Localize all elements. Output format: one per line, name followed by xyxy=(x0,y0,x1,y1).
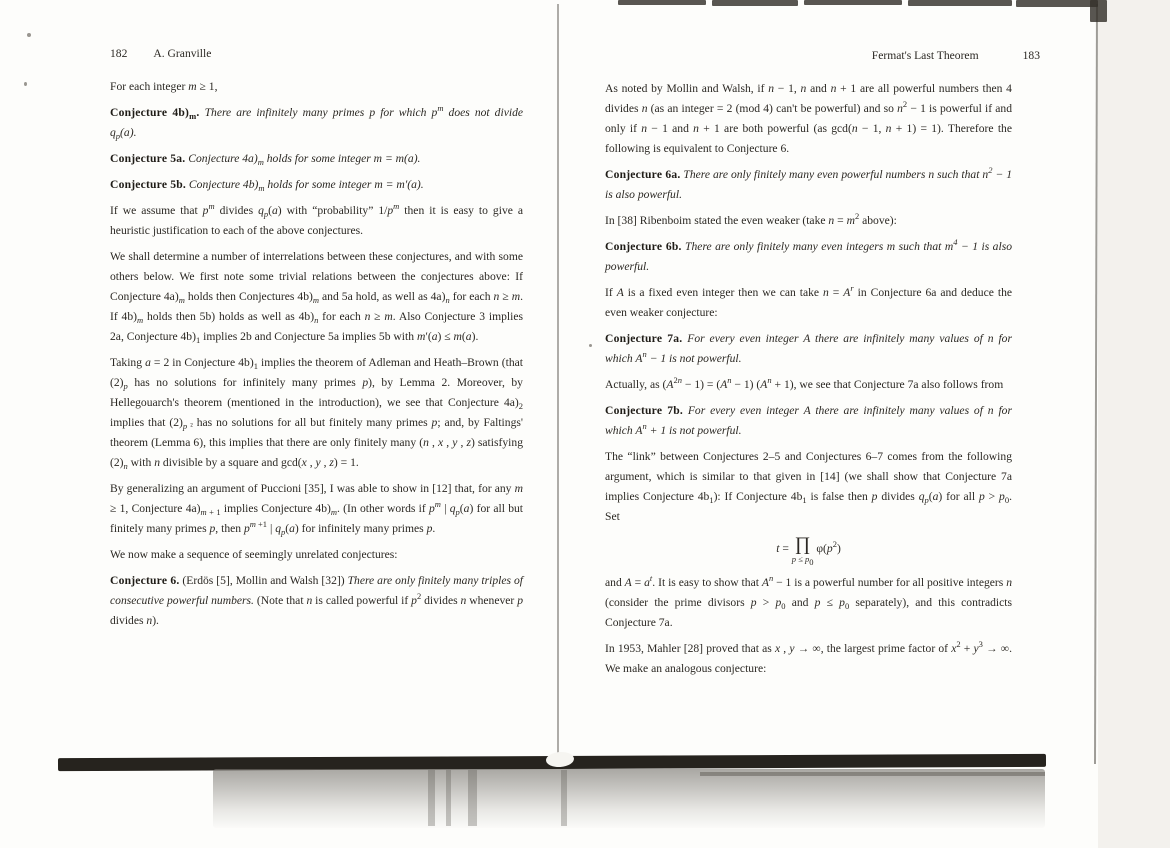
scan-streak xyxy=(561,770,567,826)
right-page-number: 183 xyxy=(1023,46,1040,66)
scan-smear-top xyxy=(712,0,798,6)
paragraph: In 1953, Mahler [28] proved that as x , … xyxy=(605,639,1012,679)
right-running-title: Fermat's Last Theorem xyxy=(872,46,979,66)
scan-smear-top xyxy=(908,0,1012,6)
scan-speck xyxy=(24,82,27,86)
paragraph: We now make a sequence of seemingly unre… xyxy=(110,545,523,565)
scan-smear-top xyxy=(618,0,706,5)
right-page: Fermat's Last Theorem 183 As noted by Mo… xyxy=(605,46,1040,685)
paragraph: In [38] Ribenboim stated the even weaker… xyxy=(605,211,1012,231)
paragraph: If we assume that pm divides qp(a) with … xyxy=(110,201,523,241)
paragraph: Actually, as (A2n − 1) = (An − 1) (An + … xyxy=(605,375,1012,395)
paragraph: Conjecture 7b. For every even integer A … xyxy=(605,401,1012,441)
paragraph: For each integer m ≥ 1, xyxy=(110,77,523,97)
scan-smear-top xyxy=(1016,0,1098,7)
scan-streak xyxy=(468,770,477,826)
left-page-content: For each integer m ≥ 1,Conjecture 4b)m. … xyxy=(110,77,523,631)
paragraph: We shall determine a number of interrela… xyxy=(110,247,523,347)
left-page: 182 A. Granville For each integer m ≥ 1,… xyxy=(110,44,523,637)
paragraph: As noted by Mollin and Walsh, if n − 1, … xyxy=(605,79,1012,159)
scan-speck xyxy=(589,344,592,347)
scan-smear-corner xyxy=(1090,0,1107,22)
scan-smear-top xyxy=(804,0,902,5)
paragraph: Conjecture 5b. Conjecture 4b)m holds for… xyxy=(110,175,523,195)
left-running-head: 182 A. Granville xyxy=(110,44,523,64)
paragraph: Conjecture 6. (Erdös [5], Mollin and Wal… xyxy=(110,571,523,631)
scan-speck xyxy=(27,33,31,37)
paragraph: t = ∏p ≤ p0 φ(p2) xyxy=(605,535,1012,564)
scanned-book-spread: 182 A. Granville For each integer m ≥ 1,… xyxy=(0,0,1170,848)
paragraph: Conjecture 6a. There are only finitely m… xyxy=(605,165,1012,205)
scanner-background-strip xyxy=(1098,0,1170,848)
paragraph: Conjecture 7a. For every even integer A … xyxy=(605,329,1012,369)
right-running-head: Fermat's Last Theorem 183 xyxy=(605,46,1040,66)
paragraph: Conjecture 5a. Conjecture 4a)m holds for… xyxy=(110,149,523,169)
paragraph: By generalizing an argument of Puccioni … xyxy=(110,479,523,539)
paragraph: Taking a = 2 in Conjecture 4b)1 implies … xyxy=(110,353,523,473)
paragraph: Conjecture 4b)m. There are infinitely ma… xyxy=(110,103,523,143)
scanner-smudge xyxy=(213,769,1045,828)
page-gutter-line xyxy=(557,4,559,754)
paragraph: Conjecture 6b. There are only finitely m… xyxy=(605,237,1012,277)
paragraph: If A is a fixed even integer then we can… xyxy=(605,283,1012,323)
left-page-number: 182 xyxy=(110,44,127,64)
paragraph: and A = at. It is easy to show that An −… xyxy=(605,573,1012,633)
scan-streak xyxy=(446,770,451,826)
paragraph: The “link” between Conjectures 2–5 and C… xyxy=(605,447,1012,527)
left-running-title: A. Granville xyxy=(153,44,211,64)
scan-streak xyxy=(428,770,435,826)
right-page-content: As noted by Mollin and Walsh, if n − 1, … xyxy=(605,79,1012,679)
